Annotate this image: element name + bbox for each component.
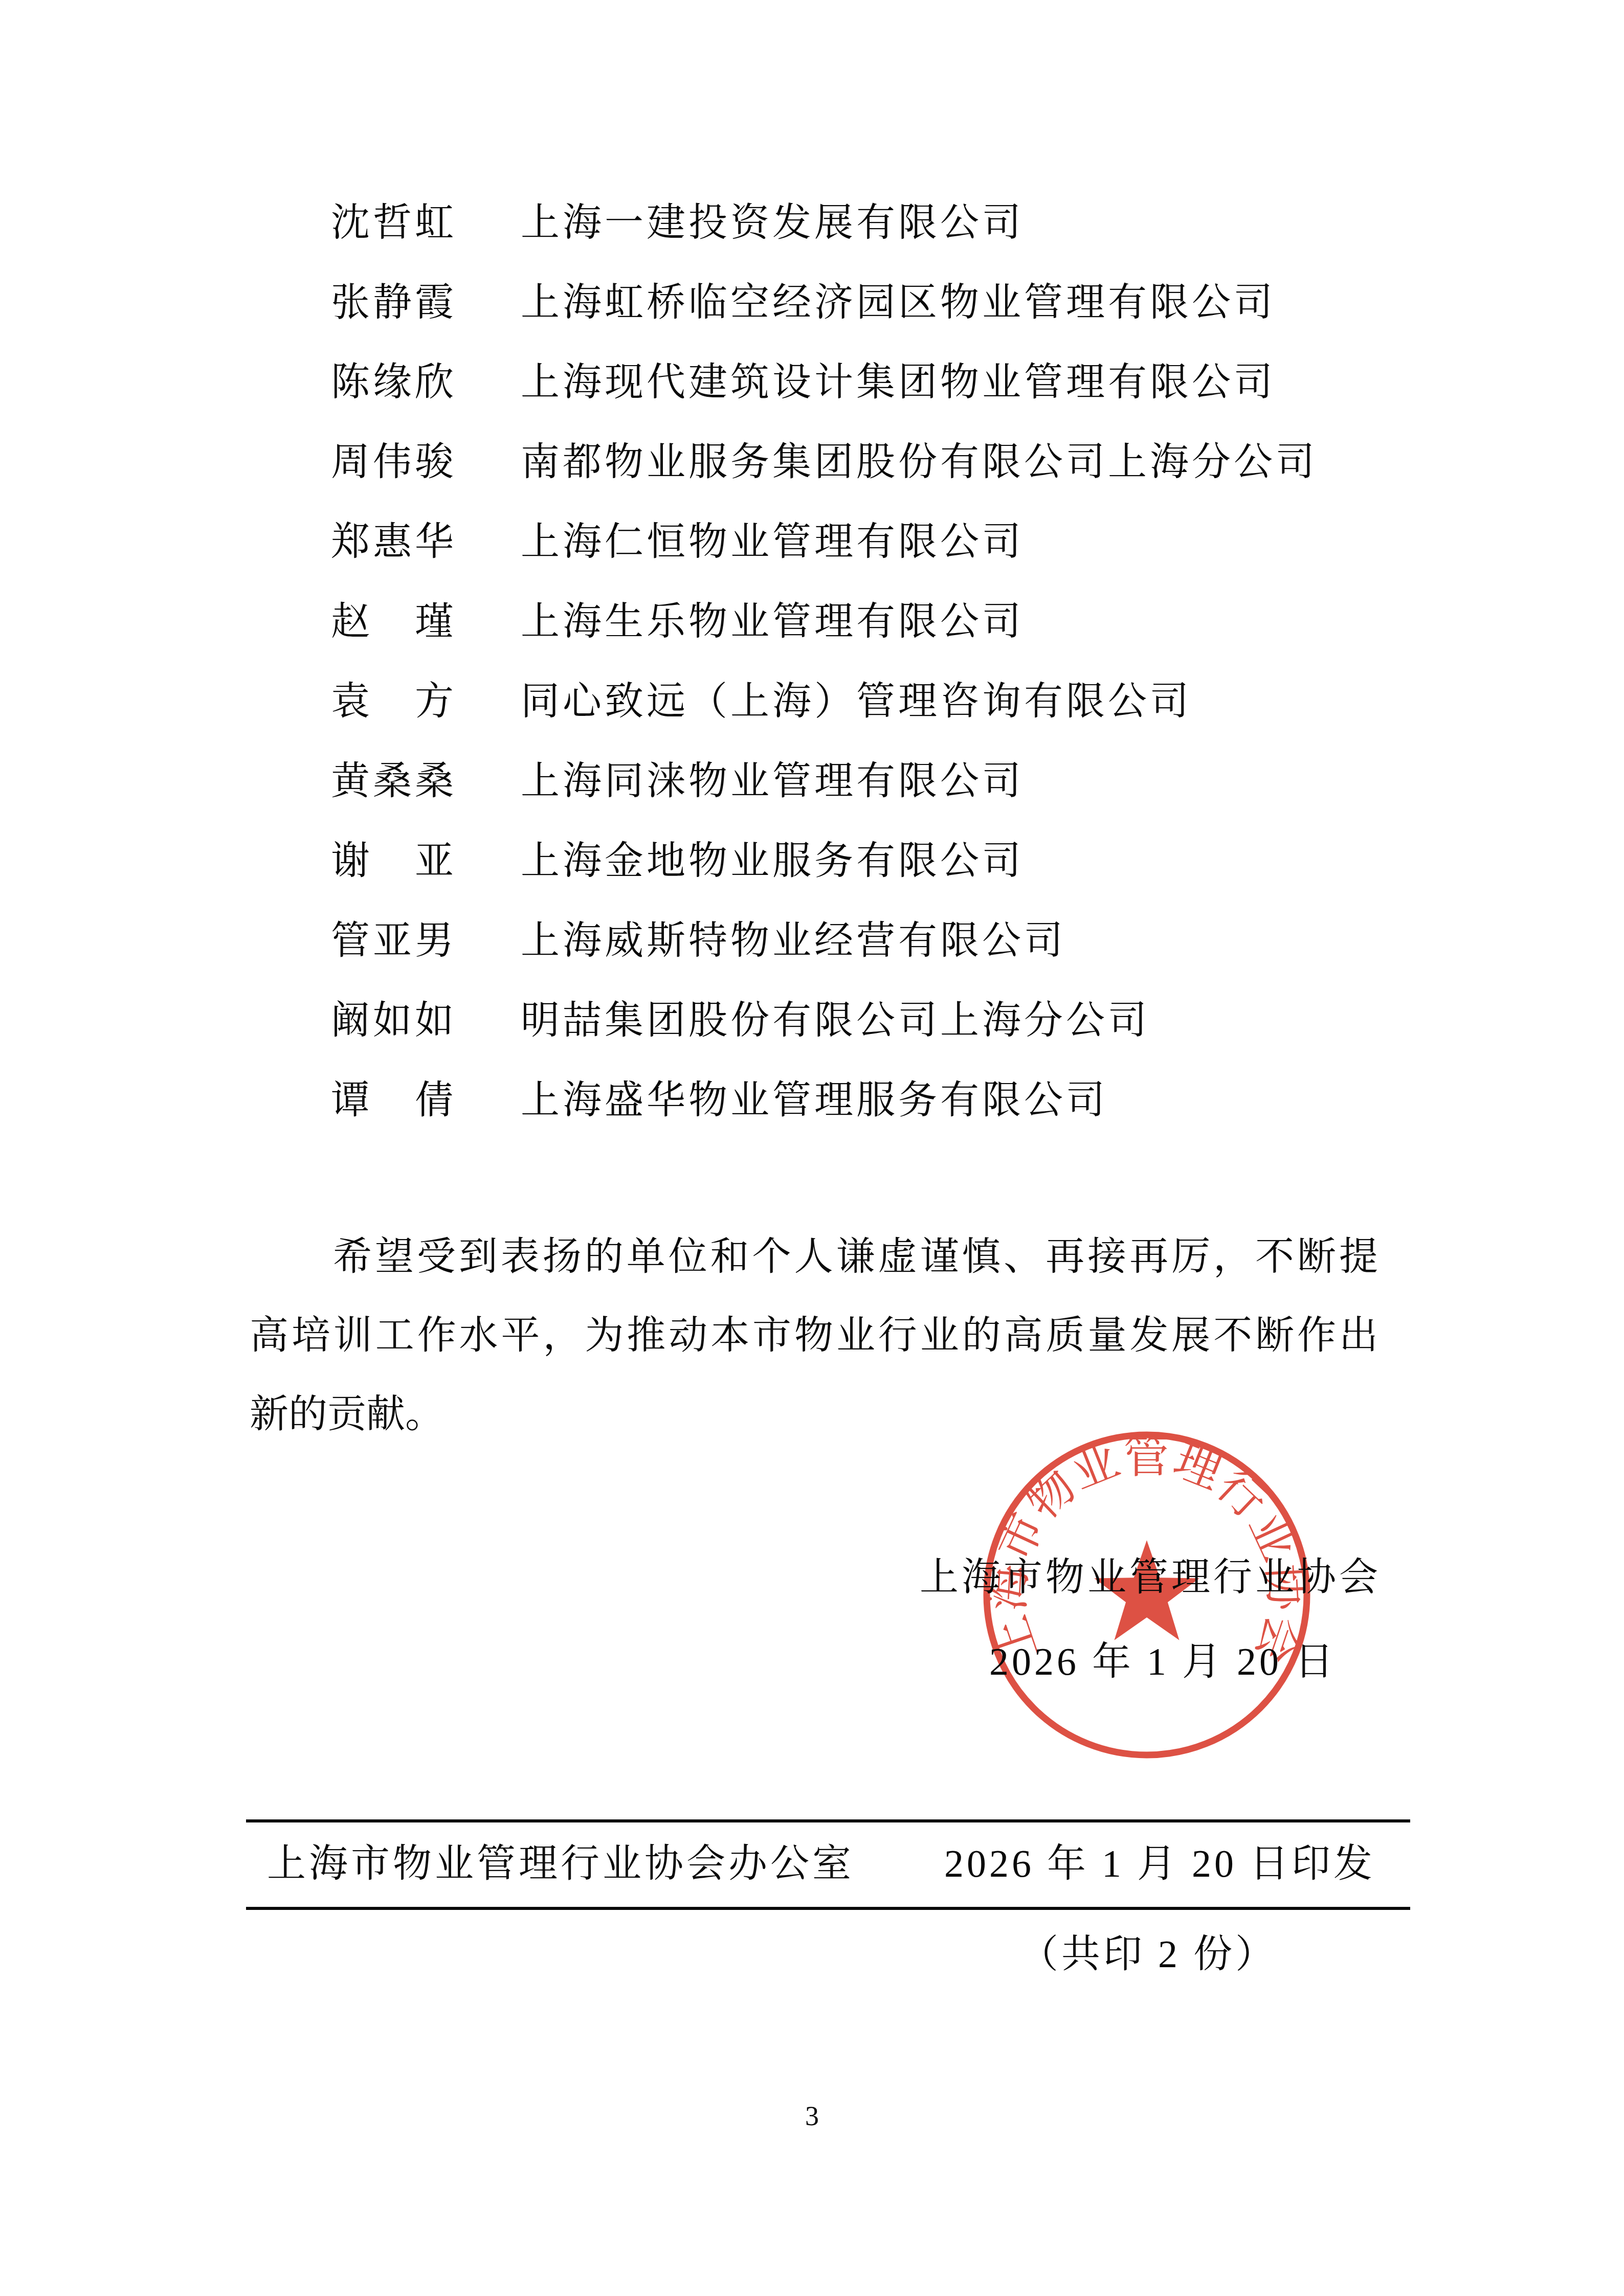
recipient-company: 上海虹桥临空经济园区物业管理有限公司 <box>521 283 1276 322</box>
recipient-company: 上海仁恒物业管理有限公司 <box>521 523 1024 561</box>
recipient-name: 谭 倩 <box>331 1081 457 1120</box>
recipient-company: 南都物业服务集团股份有限公司上海分公司 <box>521 443 1318 482</box>
document-page: 沈哲虹 上海一建投资发展有限公司 张静霞 上海虹桥临空经济园区物业管理有限公司 … <box>0 0 1624 2296</box>
recipient-name: 管亚男 <box>331 921 457 960</box>
footer-copies: （共印 2 份） <box>1019 1935 1277 1974</box>
recipient-name: 阚如如 <box>331 1001 457 1040</box>
recipient-name: 黄桑桑 <box>331 762 457 801</box>
recipient-name: 陈缘欣 <box>331 363 457 402</box>
footer-rule-bottom <box>246 1907 1410 1910</box>
recipient-company: 上海生乐物业管理有限公司 <box>521 602 1024 641</box>
recipient-company: 上海威斯特物业经营有限公司 <box>521 921 1066 960</box>
recipient-name: 周伟骏 <box>331 443 457 482</box>
paragraph-line: 高培训工作水平，为推动本市物业行业的高质量发展不断作出 <box>250 1316 1378 1355</box>
paragraph-line: 希望受到表扬的单位和个人谦虚谨慎、再接再厉，不断提 <box>250 1237 1378 1276</box>
signature-date: 2026 年 1 月 20 日 <box>989 1642 1337 1681</box>
recipient-company: 上海盛华物业管理服务有限公司 <box>521 1081 1108 1120</box>
footer-print-date: 2026 年 1 月 20 日印发 <box>944 1844 1375 1883</box>
recipient-name: 张静霞 <box>331 283 457 322</box>
footer-office: 上海市物业管理行业协会办公室 <box>267 1844 854 1883</box>
recipient-company: 上海金地物业服务有限公司 <box>521 842 1024 881</box>
recipient-name: 郑惠华 <box>331 523 457 561</box>
recipient-name: 赵 瑾 <box>331 602 457 641</box>
recipient-name: 沈哲虹 <box>331 204 457 242</box>
recipient-company: 同心致远（上海）管理咨询有限公司 <box>521 682 1192 721</box>
recipient-name: 袁 方 <box>331 682 457 721</box>
recipient-company: 上海同涞物业管理有限公司 <box>521 762 1024 801</box>
footer-rule-top <box>246 1819 1410 1822</box>
recipient-company: 上海一建投资发展有限公司 <box>521 204 1024 242</box>
recipient-name: 谢 亚 <box>331 842 457 881</box>
signature-org: 上海市物业管理行业协会 <box>920 1558 1381 1597</box>
page-number: 3 <box>0 2102 1624 2130</box>
recipient-company: 上海现代建筑设计集团物业管理有限公司 <box>521 363 1276 402</box>
recipient-company: 明喆集团股份有限公司上海分公司 <box>521 1001 1150 1040</box>
